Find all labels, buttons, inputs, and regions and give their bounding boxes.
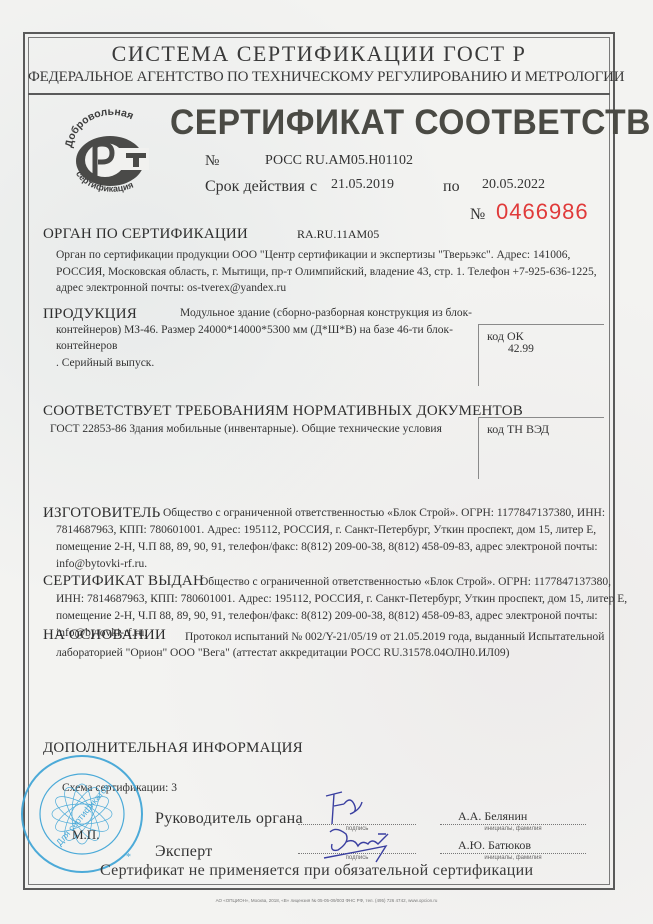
footer-note: Сертификат не применяется при обязательн… bbox=[100, 862, 533, 880]
agency-name: ФЕДЕРАЛЬНОЕ АГЕНТСТВО ПО ТЕХНИЧЕСКОМУ РЕ… bbox=[28, 69, 610, 86]
product-heading: ПРОДУКЦИЯ bbox=[43, 306, 137, 323]
basis-heading: НА ОСНОВАНИИ bbox=[43, 627, 166, 644]
validity-from-label: с bbox=[310, 178, 317, 196]
tnved-code-box: код ТН ВЭД bbox=[478, 417, 604, 479]
certification-body-text: Орган по сертификации продукции ООО "Цен… bbox=[56, 247, 601, 297]
ok-code-value: 42.99 bbox=[508, 343, 534, 355]
header-divider bbox=[28, 93, 610, 95]
issued-to-line-2: ИНН: 7814687963, КПП: 780601001. Адрес: … bbox=[56, 591, 627, 608]
head-name-caption: инициалы, фамилия bbox=[440, 826, 586, 832]
head-name-line bbox=[440, 824, 586, 825]
issued-to-line-3: помещение 2-Н, Ч.П 88, 89, 90, 91, телеф… bbox=[56, 608, 598, 625]
serial-number: 0466986 bbox=[496, 199, 589, 225]
product-line-2: контейнеров) МЗ-46. Размер 24000*14000*5… bbox=[56, 322, 453, 339]
conformity-standard: ГОСТ 22853-86 Здания мобильные (инвентар… bbox=[50, 421, 442, 438]
serial-label: № bbox=[470, 206, 485, 224]
valid-to-date: 20.05.2022 bbox=[482, 177, 545, 193]
head-name: А.А. Белянин bbox=[458, 809, 527, 824]
rst-logo-icon: Добровольная сертификация bbox=[58, 108, 166, 203]
manufacturer-line-1: Общество с ограниченной ответственностью… bbox=[163, 505, 605, 522]
manufacturer-line-3: помещение 2-Н, Ч.П 88, 89, 90, 91, телеф… bbox=[56, 539, 598, 556]
seal-label: М.П. bbox=[72, 827, 99, 843]
ok-code-label: код ОК bbox=[487, 329, 524, 344]
product-line-1: Модульное здание (сборно-разборная конст… bbox=[180, 305, 472, 322]
validity-to-label: по bbox=[443, 178, 460, 196]
manufacturer-line-2: 7814687963, КПП: 780601001. Адрес: 19511… bbox=[56, 522, 596, 539]
certificate-title: СЕРТИФИКАТ СООТВЕТСТВИЯ bbox=[170, 103, 653, 143]
issued-to-line-1: Общество с ограниченной ответственностью… bbox=[200, 574, 611, 591]
basis-line-2: лабораторией "Орион" ООО "Вега" (аттеста… bbox=[56, 645, 509, 662]
product-line-4: . Серийный выпуск. bbox=[56, 355, 154, 372]
issued-to-heading: СЕРТИФИКАТ ВЫДАН bbox=[43, 573, 204, 590]
number-label: № bbox=[205, 153, 219, 170]
expert-name-line bbox=[440, 853, 586, 854]
certification-body-code: RA.RU.11АМ05 bbox=[297, 227, 379, 242]
certification-body-heading: ОРГАН ПО СЕРТИФИКАЦИИ bbox=[43, 226, 248, 243]
conformity-heading: СООТВЕТСТВУЕТ ТРЕБОВАНИЯМ НОРМАТИВНЫХ ДО… bbox=[43, 403, 523, 420]
expert-name: А.Ю. Батюков bbox=[458, 838, 531, 853]
expert-label: Эксперт bbox=[155, 843, 213, 861]
expert-signature-icon bbox=[316, 822, 396, 866]
manufacturer-heading: ИЗГОТОВИТЕЛЬ bbox=[43, 505, 160, 522]
printer-imprint: АО «ОПЦИОН», Москва, 2018, «В» лицензия … bbox=[0, 898, 653, 903]
ok-code-box: код ОК 42.99 bbox=[478, 324, 604, 386]
valid-from-date: 21.05.2019 bbox=[331, 177, 394, 193]
round-seal-stamp-icon: Для сертификатов * bbox=[18, 752, 146, 876]
basis-line-1: Протокол испытаний № 002/Y-21/05/19 от 2… bbox=[185, 629, 604, 646]
system-title: СИСТЕМА СЕРТИФИКАЦИИ ГОСТ Р bbox=[28, 41, 610, 67]
tnved-code-label: код ТН ВЭД bbox=[487, 422, 549, 437]
expert-name-caption: инициалы, фамилия bbox=[440, 855, 586, 861]
head-of-body-label: Руководитель органа bbox=[155, 810, 303, 828]
certificate-number: РОСС RU.АМ05.Н01102 bbox=[265, 153, 413, 169]
validity-label: Срок действия bbox=[205, 178, 305, 196]
manufacturer-line-4: info@bytovki-rf.ru. bbox=[56, 556, 147, 573]
product-line-3: контейнеров bbox=[56, 338, 117, 355]
